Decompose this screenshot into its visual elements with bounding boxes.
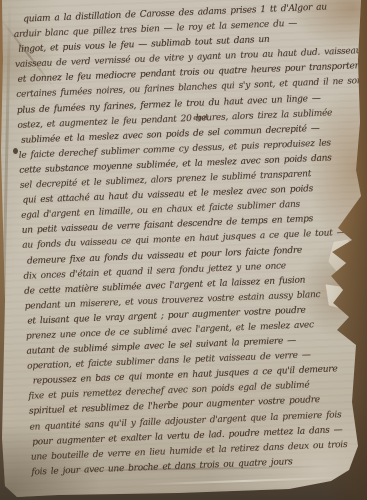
paper-crease bbox=[0, 0, 11, 420]
interlinear-insertion: egal bbox=[193, 110, 208, 126]
manuscript-photo: quiam a la distillation de Carosse des a… bbox=[0, 0, 367, 500]
paper-wrinkle bbox=[140, 476, 350, 485]
manuscript-page: quiam a la distillation de Carosse des a… bbox=[0, 0, 367, 500]
ink-blot bbox=[13, 148, 18, 154]
handwritten-text-block: quiam a la distillation de Carosse des a… bbox=[13, 0, 367, 481]
